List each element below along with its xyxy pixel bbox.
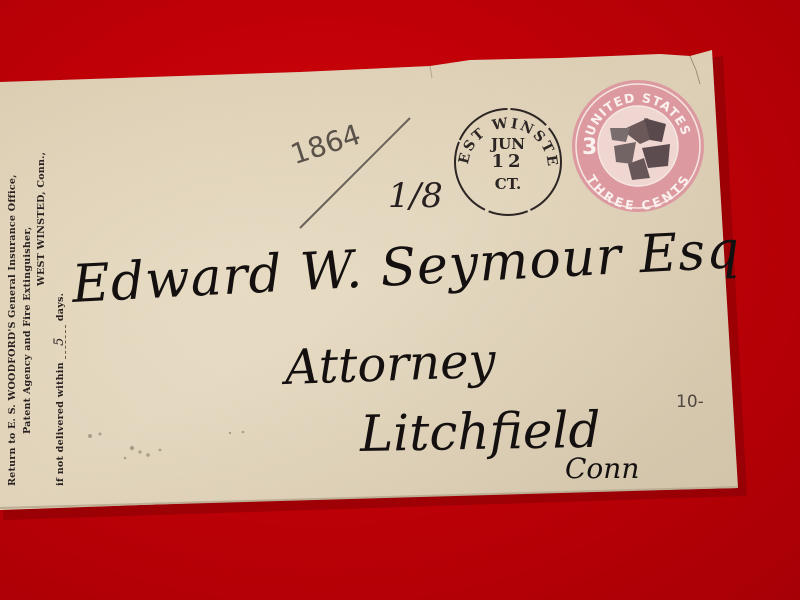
addressee-title: Attorney (284, 333, 497, 396)
postmark-date: JUN 12 CT. (452, 106, 564, 218)
postmark-state: CT. (495, 177, 521, 193)
pencil-price-note: 10- (676, 392, 704, 412)
stamp-graphic: UNITED STATES THREE CENTS 3 (570, 78, 706, 214)
postmark-day: 12 (491, 153, 524, 172)
stamp-denomination: 3 (582, 135, 597, 160)
pencil-fraction-note: 1/8 (388, 176, 443, 216)
three-cent-stamp-icon: UNITED STATES THREE CENTS 3 (570, 78, 706, 214)
envelope-photo: Return to E. S. WOODFORD'S General Insur… (0, 0, 800, 600)
circular-postmark-icon: WEST WINSTED JUN 12 CT. (452, 106, 564, 218)
addressee-state: Conn (565, 452, 639, 485)
